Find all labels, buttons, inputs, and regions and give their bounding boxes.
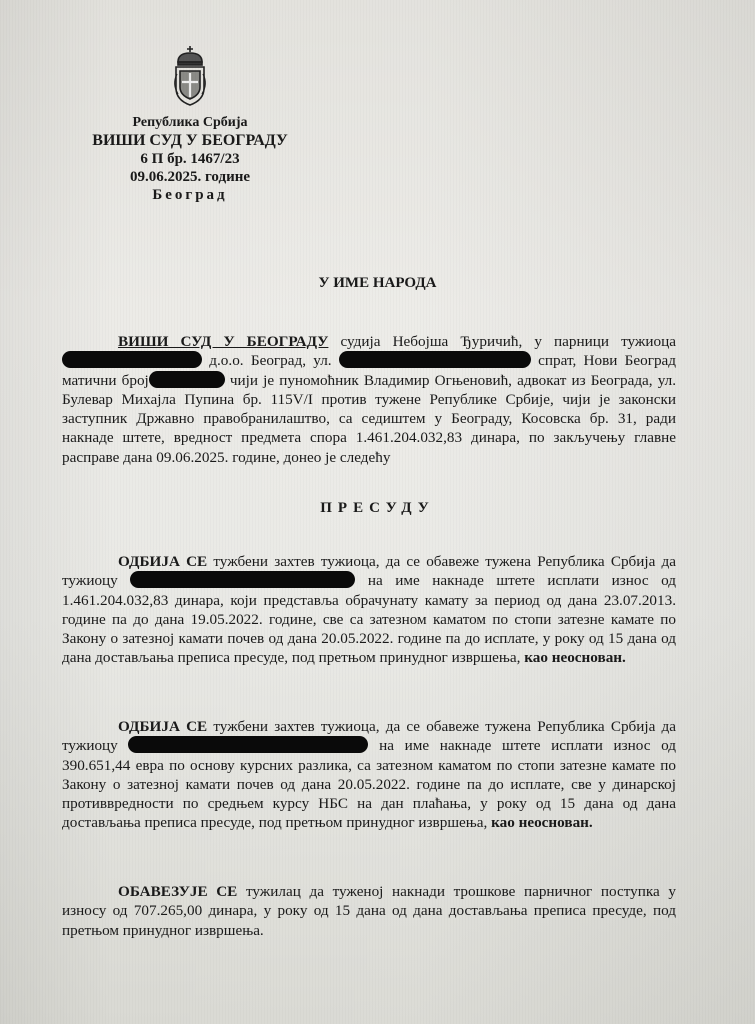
redacted-plaintiff-name — [62, 351, 202, 368]
document-title: У ИМЕ НАРОДА — [0, 275, 755, 292]
ruling-paragraph-1: ОДБИЈА СЕ тужбени захтев тужиоца, да се … — [62, 552, 676, 668]
costs-lead: ОБАВЕЗУЈЕ СЕ — [118, 883, 237, 900]
redacted-plaintiff-name — [128, 736, 368, 753]
redacted-plaintiff-name — [130, 571, 355, 588]
ruling-lead-2: ОДБИЈА СЕ — [118, 718, 207, 735]
city-name: Београд — [60, 186, 320, 204]
intro-text-2: д.о.о. Београд, ул. — [209, 352, 331, 369]
costs-paragraph: ОБАВЕЗУЈЕ СЕ тужилац да туженој накнади … — [62, 882, 676, 940]
ruling-paragraph-2: ОДБИЈА СЕ тужбени захтев тужиоца, да се … — [62, 717, 676, 833]
intro-paragraph: ВИШИ СУД У БЕОГРАДУ судија Небојша Ђурич… — [62, 332, 676, 467]
document-date: 09.06.2025. године — [60, 168, 320, 186]
intro-text-1: судија Небојша Ђуричић, у парници тужиоц… — [341, 333, 677, 350]
court-header: Република Србија ВИШИ СУД У БЕОГРАДУ 6 П… — [60, 44, 320, 204]
intro-text-4: матични број — [62, 372, 149, 389]
coat-of-arms-icon — [168, 44, 212, 108]
court-name: ВИШИ СУД У БЕОГРАДУ — [60, 132, 320, 150]
country-name: Република Србија — [60, 114, 320, 132]
ruling-tail-2: као неоснован. — [491, 814, 593, 831]
redacted-registration-number — [149, 371, 225, 388]
redacted-address — [339, 351, 531, 368]
court-name-inline: ВИШИ СУД У БЕОГРАДУ — [118, 333, 328, 350]
ruling-lead-1: ОДБИЈА СЕ — [118, 553, 207, 570]
intro-text-3: спрат, Нови Београд — [538, 352, 676, 369]
document-page: Република Србија ВИШИ СУД У БЕОГРАДУ 6 П… — [0, 0, 755, 1024]
ruling-tail-1: као неоснован. — [524, 649, 626, 666]
verdict-title: ПРЕСУДУ — [0, 500, 755, 517]
case-number: 6 П бр. 1467/23 — [60, 150, 320, 168]
